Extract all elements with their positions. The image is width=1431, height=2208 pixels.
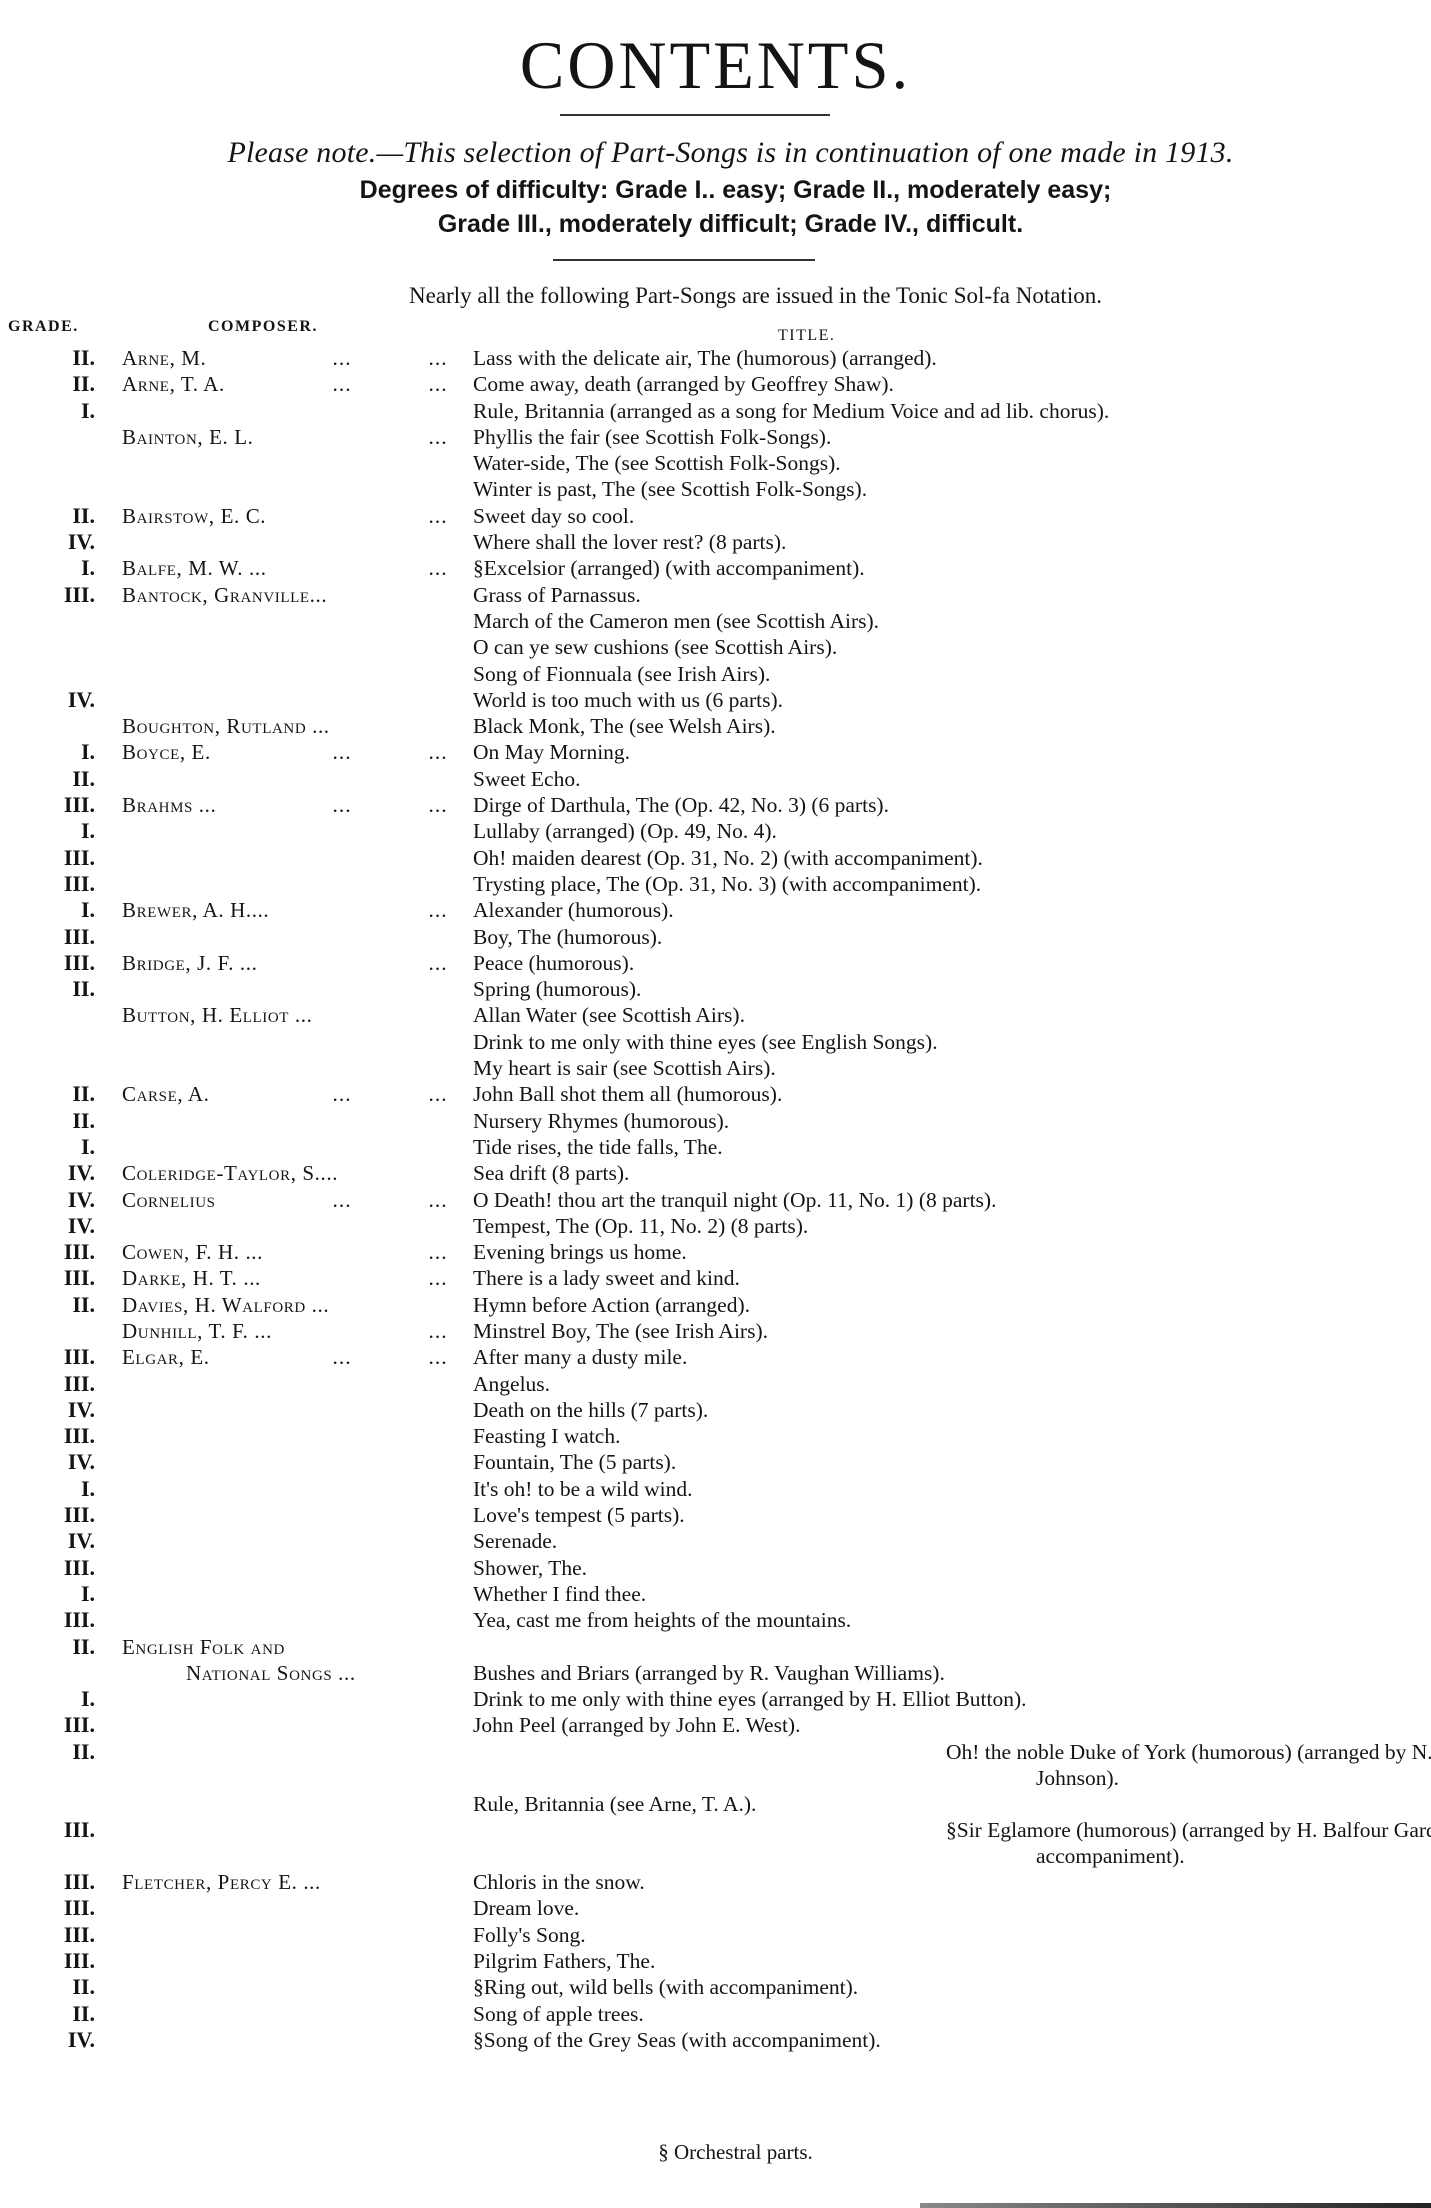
composer: Button, H. Elliot ... <box>122 1002 462 1028</box>
grade: IV. <box>0 2027 95 2053</box>
song-title: Winter is past, The (see Scottish Folk-S… <box>473 476 1373 502</box>
song-title-text: Whether I find thee. <box>473 1582 646 1606</box>
song-title: Boy, The (humorous). <box>473 924 1373 950</box>
composer: Balfe, M. W. ... <box>122 555 462 581</box>
grade: III. <box>0 1922 95 1948</box>
leader-dots: ... <box>420 503 456 529</box>
list-item: Button, H. Elliot ...Allan Water (see Sc… <box>0 1002 1431 1028</box>
song-title-text: Dream love. <box>473 1896 579 1920</box>
leader-dots: ... <box>324 1344 360 1370</box>
grade: II. <box>0 1634 95 1660</box>
song-title: Whether I find thee. <box>473 1581 1373 1607</box>
song-title: §Sir Eglamore (humorous) (arranged by H.… <box>946 1817 1431 1869</box>
notation-note: Nearly all the following Part-Songs are … <box>0 283 1431 309</box>
leader-dots: ... <box>420 739 456 765</box>
grade: III. <box>0 1555 95 1581</box>
leader-dots: ... <box>420 1344 456 1370</box>
composer: Fletcher, Percy E. ... <box>122 1869 462 1895</box>
leader-dots: ... <box>324 1081 360 1107</box>
grade: I. <box>0 818 95 844</box>
song-title: Pilgrim Fathers, The. <box>473 1948 1373 1974</box>
leader-dots: ... <box>324 1187 360 1213</box>
grade: I. <box>0 739 95 765</box>
song-title: John Ball shot them all (humorous). <box>473 1081 1373 1107</box>
song-title-text: Pilgrim Fathers, The. <box>473 1949 655 1973</box>
list-item: IV.Serenade. <box>0 1528 1431 1554</box>
song-title: Nursery Rhymes (humorous). <box>473 1108 1373 1134</box>
song-title: World is too much with us (6 parts). <box>473 687 1373 713</box>
song-title-text: Folly's Song. <box>473 1923 586 1947</box>
leader-dots: ... <box>420 555 456 581</box>
list-item: II.Arne, T. A.......Come away, death (ar… <box>0 371 1431 397</box>
song-title: It's oh! to be a wild wind. <box>473 1476 1373 1502</box>
page-title: CONTENTS. <box>14 26 1416 105</box>
grade: III. <box>0 1607 95 1633</box>
song-title: Feasting I watch. <box>473 1423 1373 1449</box>
composer: Elgar, E. <box>122 1344 462 1370</box>
song-title-text: John Ball shot them all (humorous). <box>473 1082 782 1106</box>
song-title-text: Black Monk, The (see Welsh Airs). <box>473 714 776 738</box>
grade: IV. <box>0 1449 95 1475</box>
list-item: I.Balfe, M. W. ......§Excelsior (arrange… <box>0 555 1431 581</box>
song-title-text: Come away, death (arranged by Geoffrey S… <box>473 372 894 396</box>
song-title: Tempest, The (Op. 11, No. 2) (8 parts). <box>473 1213 1373 1239</box>
leader-dots: ... <box>420 1265 456 1291</box>
leader-dots: ... <box>324 345 360 371</box>
list-item: II.Davies, H. Walford ...Hymn before Act… <box>0 1292 1431 1318</box>
grade: III. <box>0 1265 95 1291</box>
composer: Davies, H. Walford ... <box>122 1292 462 1318</box>
song-title: Come away, death (arranged by Geoffrey S… <box>473 371 1373 397</box>
grade: II. <box>0 1292 95 1318</box>
grade: III. <box>0 845 95 871</box>
list-item: IV.Cornelius......O Death! thou art the … <box>0 1187 1431 1213</box>
song-title-text: Bushes and Briars (arranged by R. Vaugha… <box>473 1661 945 1685</box>
list-item: II.Nursery Rhymes (humorous). <box>0 1108 1431 1134</box>
song-title: §Song of the Grey Seas (with accompanime… <box>473 2027 1373 2053</box>
grade: III. <box>0 1895 95 1921</box>
song-title-text: Water-side, The (see Scottish Folk-Songs… <box>473 451 841 475</box>
list-item: Bainton, E. L....Phyllis the fair (see S… <box>0 424 1431 450</box>
continuation-note: Please note.—This selection of Part-Song… <box>0 136 1431 170</box>
song-title-text: O Death! thou art the tranquil night (Op… <box>473 1188 996 1212</box>
song-title: John Peel (arranged by John E. West). <box>473 1712 1373 1738</box>
song-title-text: Drink to me only with thine eyes (arrang… <box>473 1687 1027 1711</box>
song-title-text: Trysting place, The (Op. 31, No. 3) (wit… <box>473 872 981 896</box>
list-item: II.Carse, A.......John Ball shot them al… <box>0 1081 1431 1107</box>
grade: IV. <box>0 1213 95 1239</box>
list-item: III.Yea, cast me from heights of the mou… <box>0 1607 1431 1633</box>
song-title: Serenade. <box>473 1528 1373 1554</box>
list-item: III.Dream love. <box>0 1895 1431 1921</box>
list-item: II.Song of apple trees. <box>0 2001 1431 2027</box>
list-item: III.Brahms .........Dirge of Darthula, T… <box>0 792 1431 818</box>
composer: Cowen, F. H. ... <box>122 1239 462 1265</box>
grade: I. <box>0 398 95 424</box>
list-item: III.Feasting I watch. <box>0 1423 1431 1449</box>
grade: I. <box>0 1134 95 1160</box>
list-item: IV.Death on the hills (7 parts). <box>0 1397 1431 1423</box>
song-title: March of the Cameron men (see Scottish A… <box>473 608 1373 634</box>
list-item: III.Cowen, F. H. ......Evening brings us… <box>0 1239 1431 1265</box>
song-title-text: John Peel (arranged by John E. West). <box>473 1713 800 1737</box>
song-title: On May Morning. <box>473 739 1373 765</box>
grade: II. <box>0 2001 95 2027</box>
song-title-text: My heart is sair (see Scottish Airs). <box>473 1056 776 1080</box>
song-title: Angelus. <box>473 1371 1373 1397</box>
leader-dots: ... <box>420 792 456 818</box>
difficulty-legend-line-2: Grade III., moderately difficult; Grade … <box>0 210 1431 239</box>
song-title: Black Monk, The (see Welsh Airs). <box>473 713 1373 739</box>
grade: IV. <box>0 1160 95 1186</box>
song-title-text: Drink to me only with thine eyes (see En… <box>473 1030 938 1054</box>
list-item: I.Whether I find thee. <box>0 1581 1431 1607</box>
grade: III. <box>0 792 95 818</box>
song-title: Love's tempest (5 parts). <box>473 1502 1373 1528</box>
song-title-text: After many a dusty mile. <box>473 1345 687 1369</box>
grade: IV. <box>0 1397 95 1423</box>
list-item: I.Tide rises, the tide falls, The. <box>0 1134 1431 1160</box>
song-title: Tide rises, the tide falls, The. <box>473 1134 1373 1160</box>
grade: I. <box>0 1476 95 1502</box>
composer: Darke, H. T. ... <box>122 1265 462 1291</box>
song-title-text: §Ring out, wild bells (with accompanimen… <box>473 1975 858 1999</box>
grade: III. <box>0 1948 95 1974</box>
song-title-text: O can ye sew cushions (see Scottish Airs… <box>473 635 837 659</box>
list-item: II.Oh! the noble Duke of York (humorous)… <box>0 1739 1431 1791</box>
song-title: Song of apple trees. <box>473 2001 1373 2027</box>
song-title: Phyllis the fair (see Scottish Folk-Song… <box>473 424 1373 450</box>
grade: II. <box>0 766 95 792</box>
leader-dots: ... <box>420 424 456 450</box>
list-item: III.Fletcher, Percy E. ...Chloris in the… <box>0 1869 1431 1895</box>
grade: III. <box>0 1239 95 1265</box>
list-item: II.Bairstow, E. C....Sweet day so cool. <box>0 503 1431 529</box>
grade: II. <box>0 371 95 397</box>
song-title: Hymn before Action (arranged). <box>473 1292 1373 1318</box>
song-title-text: Evening brings us home. <box>473 1240 687 1264</box>
song-title: O Death! thou art the tranquil night (Op… <box>473 1187 1373 1213</box>
column-header-grade: GRADE. <box>8 318 79 336</box>
list-item: IV.Tempest, The (Op. 11, No. 2) (8 parts… <box>0 1213 1431 1239</box>
leader-dots: ... <box>324 792 360 818</box>
song-title: Folly's Song. <box>473 1922 1373 1948</box>
song-title: Evening brings us home. <box>473 1239 1373 1265</box>
song-title-text: Sea drift (8 parts). <box>473 1161 629 1185</box>
list-item: III.Elgar, E.......After many a dusty mi… <box>0 1344 1431 1370</box>
song-title-continuation: Johnson). <box>946 1765 1431 1791</box>
scan-edge <box>920 2203 1431 2208</box>
song-title-text: Winter is past, The (see Scottish Folk-S… <box>473 477 867 501</box>
song-title: Drink to me only with thine eyes (see En… <box>473 1029 1373 1055</box>
grade: III. <box>0 1344 95 1370</box>
list-item: IV.Fountain, The (5 parts). <box>0 1449 1431 1475</box>
list-item: Drink to me only with thine eyes (see En… <box>0 1029 1431 1055</box>
song-title: Trysting place, The (Op. 31, No. 3) (wit… <box>473 871 1373 897</box>
grade: IV. <box>0 1187 95 1213</box>
leader-dots: ... <box>420 1187 456 1213</box>
leader-dots: ... <box>420 1081 456 1107</box>
list-item: My heart is sair (see Scottish Airs). <box>0 1055 1431 1081</box>
list-item: II.English Folk and <box>0 1634 1431 1660</box>
grade: II. <box>0 345 95 371</box>
list-item: III.Love's tempest (5 parts). <box>0 1502 1431 1528</box>
song-title-text: Tide rises, the tide falls, The. <box>473 1135 723 1159</box>
grade: II. <box>0 1974 95 2000</box>
song-title: Oh! maiden dearest (Op. 31, No. 2) (with… <box>473 845 1373 871</box>
grade: IV. <box>0 529 95 555</box>
song-title-text: Nursery Rhymes (humorous). <box>473 1109 729 1133</box>
song-title-text: Lullaby (arranged) (Op. 49, No. 4). <box>473 819 777 843</box>
song-title-text: Grass of Parnassus. <box>473 583 641 607</box>
grade: IV. <box>0 1528 95 1554</box>
song-title: §Excelsior (arranged) (with accompanimen… <box>473 555 1373 581</box>
list-item: III.Darke, H. T. ......There is a lady s… <box>0 1265 1431 1291</box>
composer: Arne, T. A. <box>122 371 462 397</box>
song-title-text: Sweet day so cool. <box>473 504 634 528</box>
grade: II. <box>0 1108 95 1134</box>
list-item: II.Spring (humorous). <box>0 976 1431 1002</box>
song-title-text: Serenade. <box>473 1529 557 1553</box>
song-title: Fountain, The (5 parts). <box>473 1449 1373 1475</box>
column-header-composer: COMPOSER. <box>208 318 318 336</box>
grade: I. <box>0 1581 95 1607</box>
song-title-text: §Excelsior (arranged) (with accompanimen… <box>473 556 865 580</box>
composer: Brahms ... <box>122 792 462 818</box>
song-title: §Ring out, wild bells (with accompanimen… <box>473 1974 1373 2000</box>
contents-page: CONTENTS. Please note.—This selection of… <box>0 0 1431 2208</box>
song-title: Yea, cast me from heights of the mountai… <box>473 1607 1373 1633</box>
grade: III. <box>0 1712 95 1738</box>
grade: II. <box>0 976 95 1002</box>
song-title: My heart is sair (see Scottish Airs). <box>473 1055 1373 1081</box>
song-title-text: On May Morning. <box>473 740 630 764</box>
song-title-text: Song of Fionnuala (see Irish Airs). <box>473 662 770 686</box>
composer: Bridge, J. F. ... <box>122 950 462 976</box>
list-item: Boughton, Rutland ...Black Monk, The (se… <box>0 713 1431 739</box>
grade: II. <box>0 503 95 529</box>
song-title: Sweet day so cool. <box>473 503 1373 529</box>
list-item: IV.Where shall the lover rest? (8 parts)… <box>0 529 1431 555</box>
leader-dots: ... <box>420 345 456 371</box>
song-title-text: Phyllis the fair (see Scottish Folk-Song… <box>473 425 831 449</box>
grade: III. <box>0 1817 95 1843</box>
song-title-text: Where shall the lover rest? (8 parts). <box>473 530 786 554</box>
grade: III. <box>0 1423 95 1449</box>
song-title: Dirge of Darthula, The (Op. 42, No. 3) (… <box>473 792 1373 818</box>
list-item: IV.§Song of the Grey Seas (with accompan… <box>0 2027 1431 2053</box>
song-title: Rule, Britannia (arranged as a song for … <box>473 398 1373 424</box>
song-title-text: World is too much with us (6 parts). <box>473 688 783 712</box>
song-title: O can ye sew cushions (see Scottish Airs… <box>473 634 1373 660</box>
song-title-text: There is a lady sweet and kind. <box>473 1266 740 1290</box>
song-title-continuation: accompaniment). <box>946 1843 1431 1869</box>
list-item: I.Lullaby (arranged) (Op. 49, No. 4). <box>0 818 1431 844</box>
song-title-text: Love's tempest (5 parts). <box>473 1503 685 1527</box>
leader-dots: ... <box>420 371 456 397</box>
list-item: National Songs ...Bushes and Briars (arr… <box>0 1660 1431 1686</box>
grade: I. <box>0 555 95 581</box>
composer: Bairstow, E. C. <box>122 503 462 529</box>
composer: Boyce, E. <box>122 739 462 765</box>
composer: Dunhill, T. F. ... <box>122 1318 462 1344</box>
song-title: After many a dusty mile. <box>473 1344 1373 1370</box>
divider <box>560 114 830 116</box>
song-title: Peace (humorous). <box>473 950 1373 976</box>
song-title-text: Song of apple trees. <box>473 2002 644 2026</box>
leader-dots: ... <box>420 897 456 923</box>
list-item: Water-side, The (see Scottish Folk-Songs… <box>0 450 1431 476</box>
song-title: Sweet Echo. <box>473 766 1373 792</box>
grade: III. <box>0 1371 95 1397</box>
song-title-text: It's oh! to be a wild wind. <box>473 1477 692 1501</box>
song-title-text: §Song of the Grey Seas (with accompanime… <box>473 2028 881 2052</box>
list-item: Winter is past, The (see Scottish Folk-S… <box>0 476 1431 502</box>
leader-dots: ... <box>324 371 360 397</box>
song-title-text: Death on the hills (7 parts). <box>473 1398 708 1422</box>
song-title-text: March of the Cameron men (see Scottish A… <box>473 609 879 633</box>
song-title: Alexander (humorous). <box>473 897 1373 923</box>
list-item: March of the Cameron men (see Scottish A… <box>0 608 1431 634</box>
song-title-text: Shower, The. <box>473 1556 587 1580</box>
list-item: III.Folly's Song. <box>0 1922 1431 1948</box>
list-item: III.Boy, The (humorous). <box>0 924 1431 950</box>
list-item: I.It's oh! to be a wild wind. <box>0 1476 1431 1502</box>
footnote-orchestral-parts: § Orchestral parts. <box>0 2140 1431 2165</box>
grade: II. <box>0 1081 95 1107</box>
composer: Bainton, E. L. <box>122 424 462 450</box>
song-title-text: Dirge of Darthula, The (Op. 42, No. 3) (… <box>473 793 889 817</box>
contents-list: II.Arne, M.......Lass with the delicate … <box>0 345 1431 2053</box>
composer: Boughton, Rutland ... <box>122 713 462 739</box>
song-title: Water-side, The (see Scottish Folk-Songs… <box>473 450 1373 476</box>
grade: III. <box>0 924 95 950</box>
song-title-text: Rule, Britannia (arranged as a song for … <box>473 399 1109 423</box>
song-title: Dream love. <box>473 1895 1373 1921</box>
song-title-text: Lass with the delicate air, The (humorou… <box>473 346 937 370</box>
composer: Brewer, A. H.... <box>122 897 462 923</box>
grade: I. <box>0 1686 95 1712</box>
composer: Arne, M. <box>122 345 462 371</box>
song-title: There is a lady sweet and kind. <box>473 1265 1373 1291</box>
song-title-text: §Sir Eglamore (humorous) (arranged by H.… <box>946 1818 1431 1842</box>
list-item: Rule, Britannia (see Arne, T. A.). <box>0 1791 1431 1817</box>
song-title: Chloris in the snow. <box>473 1869 1373 1895</box>
leader-dots: ... <box>420 1239 456 1265</box>
composer: Bantock, Granville... <box>122 582 462 608</box>
song-title: Shower, The. <box>473 1555 1373 1581</box>
list-item: III.Oh! maiden dearest (Op. 31, No. 2) (… <box>0 845 1431 871</box>
list-item: I.Brewer, A. H.......Alexander (humorous… <box>0 897 1431 923</box>
song-title-text: Peace (humorous). <box>473 951 634 975</box>
song-title-text: Feasting I watch. <box>473 1424 620 1448</box>
song-title-text: Angelus. <box>473 1372 550 1396</box>
song-title-text: Minstrel Boy, The (see Irish Airs). <box>473 1319 768 1343</box>
grade: II. <box>0 1739 95 1765</box>
leader-dots: ... <box>324 739 360 765</box>
grade: III. <box>0 1502 95 1528</box>
list-item: II.§Ring out, wild bells (with accompani… <box>0 1974 1431 2000</box>
divider <box>553 259 815 261</box>
list-item: O can ye sew cushions (see Scottish Airs… <box>0 634 1431 660</box>
song-title: Spring (humorous). <box>473 976 1373 1002</box>
list-item: IV.Coleridge-Taylor, S....Sea drift (8 p… <box>0 1160 1431 1186</box>
song-title-text: Oh! maiden dearest (Op. 31, No. 2) (with… <box>473 846 983 870</box>
song-title-text: Yea, cast me from heights of the mountai… <box>473 1608 851 1632</box>
composer: Coleridge-Taylor, S.... <box>122 1160 462 1186</box>
composer: Carse, A. <box>122 1081 462 1107</box>
list-item: Dunhill, T. F. ......Minstrel Boy, The (… <box>0 1318 1431 1344</box>
list-item: Song of Fionnuala (see Irish Airs). <box>0 661 1431 687</box>
list-item: II.Arne, M.......Lass with the delicate … <box>0 345 1431 371</box>
list-item: I.Boyce, E.......On May Morning. <box>0 739 1431 765</box>
list-item: IV.World is too much with us (6 parts). <box>0 687 1431 713</box>
song-title-text: Rule, Britannia (see Arne, T. A.). <box>473 1792 756 1816</box>
composer: English Folk and <box>122 1634 462 1660</box>
song-title: Grass of Parnassus. <box>473 582 1373 608</box>
column-header-title: TITLE. <box>778 327 835 345</box>
leader-dots: ... <box>420 1318 456 1344</box>
grade: IV. <box>0 687 95 713</box>
song-title: Rule, Britannia (see Arne, T. A.). <box>473 1791 1373 1817</box>
list-item: III.§Sir Eglamore (humorous) (arranged b… <box>0 1817 1431 1869</box>
song-title: Allan Water (see Scottish Airs). <box>473 1002 1373 1028</box>
song-title: Sea drift (8 parts). <box>473 1160 1373 1186</box>
list-item: III.John Peel (arranged by John E. West)… <box>0 1712 1431 1738</box>
grade: III. <box>0 950 95 976</box>
song-title-text: Spring (humorous). <box>473 977 641 1001</box>
song-title: Where shall the lover rest? (8 parts). <box>473 529 1373 555</box>
list-item: III.Pilgrim Fathers, The. <box>0 1948 1431 1974</box>
list-item: I.Drink to me only with thine eyes (arra… <box>0 1686 1431 1712</box>
song-title: Lullaby (arranged) (Op. 49, No. 4). <box>473 818 1373 844</box>
song-title-text: Tempest, The (Op. 11, No. 2) (8 parts). <box>473 1214 808 1238</box>
grade: III. <box>0 871 95 897</box>
leader-dots: ... <box>420 950 456 976</box>
song-title: Lass with the delicate air, The (humorou… <box>473 345 1373 371</box>
song-title-text: Hymn before Action (arranged). <box>473 1293 750 1317</box>
song-title: Bushes and Briars (arranged by R. Vaugha… <box>473 1660 1373 1686</box>
song-title-text: Sweet Echo. <box>473 767 580 791</box>
grade: III. <box>0 1869 95 1895</box>
song-title-text: Allan Water (see Scottish Airs). <box>473 1003 745 1027</box>
song-title-text: Alexander (humorous). <box>473 898 674 922</box>
list-item: II.Sweet Echo. <box>0 766 1431 792</box>
song-title-text: Oh! the noble Duke of York (humorous) (a… <box>946 1740 1431 1764</box>
composer: Cornelius <box>122 1187 462 1213</box>
list-item: III.Bantock, Granville...Grass of Parnas… <box>0 582 1431 608</box>
song-title-text: Chloris in the snow. <box>473 1870 645 1894</box>
song-title-text: Boy, The (humorous). <box>473 925 662 949</box>
list-item: III.Trysting place, The (Op. 31, No. 3) … <box>0 871 1431 897</box>
list-item: III.Bridge, J. F. ......Peace (humorous)… <box>0 950 1431 976</box>
song-title: Oh! the noble Duke of York (humorous) (a… <box>946 1739 1431 1791</box>
song-title: Minstrel Boy, The (see Irish Airs). <box>473 1318 1373 1344</box>
song-title: Death on the hills (7 parts). <box>473 1397 1373 1423</box>
difficulty-legend-line-1: Degrees of difficulty: Grade I.. easy; G… <box>0 176 1431 205</box>
list-item: III.Angelus. <box>0 1371 1431 1397</box>
grade: III. <box>0 582 95 608</box>
list-item: III.Shower, The. <box>0 1555 1431 1581</box>
grade: I. <box>0 897 95 923</box>
song-title-text: Fountain, The (5 parts). <box>473 1450 676 1474</box>
song-title: Drink to me only with thine eyes (arrang… <box>473 1686 1373 1712</box>
song-title: Song of Fionnuala (see Irish Airs). <box>473 661 1373 687</box>
list-item: I.Rule, Britannia (arranged as a song fo… <box>0 398 1431 424</box>
